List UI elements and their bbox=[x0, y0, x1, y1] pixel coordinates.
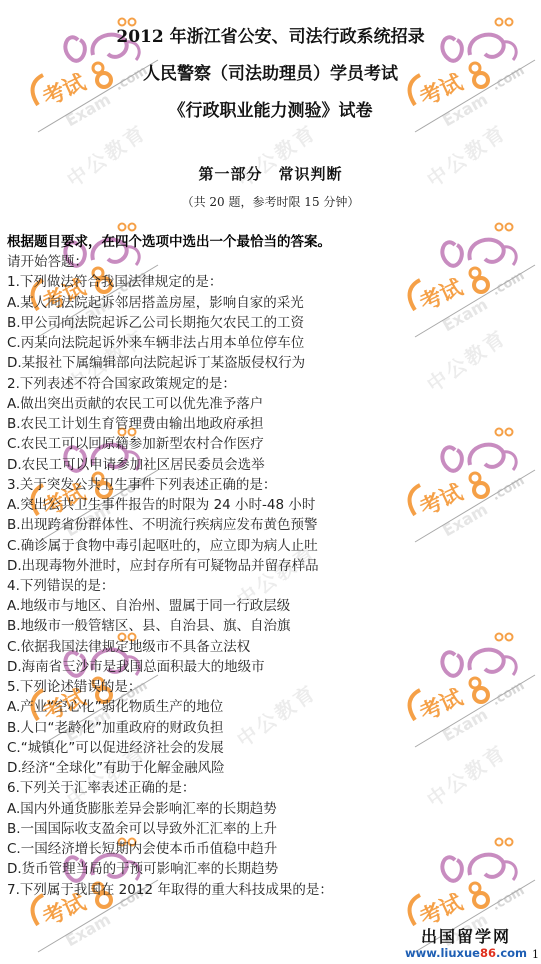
site-url: www.liuxue86.com bbox=[396, 946, 536, 960]
answer-option: C.确诊属于食物中毒引起呕吐的，应立即为病人止吐 bbox=[7, 536, 537, 556]
page-number: 1 bbox=[532, 948, 539, 961]
question-stem: 7.下列属于我国在 2012 年取得的重大科技成果的是： bbox=[7, 880, 537, 900]
answer-option: B.农民工计划生育管理费由输出地政府承担 bbox=[7, 414, 537, 434]
answer-option: A.地级市与地区、自治州、盟属于同一行政层级 bbox=[7, 596, 537, 616]
answer-option: B.地级市一般管辖区、县、自治县、旗、自治旗 bbox=[7, 616, 537, 636]
document-page: 考试.comExam考试.comExam考试.comExam考试.comExam… bbox=[0, 0, 541, 964]
answer-option: B.一国国际收支盈余可以导致外汇汇率的上升 bbox=[7, 819, 537, 839]
answer-option: A.国内外通货膨胀差异会影响汇率的长期趋势 bbox=[7, 799, 537, 819]
question-stem: 3.关于突发公共卫生事件下列表述正确的是： bbox=[7, 475, 537, 495]
question-stem: 6.下列关于汇率表述正确的是： bbox=[7, 778, 537, 798]
start-prompt: 请开始答题： bbox=[7, 252, 537, 272]
answer-option: C.“城镇化”可以促进经济社会的发展 bbox=[7, 738, 537, 758]
answer-option: B.人口“老龄化”加重政府的财政负担 bbox=[7, 718, 537, 738]
answer-option: C.依据我国法律规定地级市不具备立法权 bbox=[7, 637, 537, 657]
answer-option: D.某报社下属编辑部向法院起诉丁某盗版侵权行为 bbox=[7, 353, 537, 373]
exam-title-line-3: 《行政职业能力测验》试卷 bbox=[0, 96, 541, 121]
instruction-text: 根据题目要求，在四个选项中选出一个最恰当的答案。 bbox=[7, 232, 537, 252]
answer-option: A.产业“空心化”弱化物质生产的地位 bbox=[7, 697, 537, 717]
answer-option: D.经济“全球化”有助于化解金融风险 bbox=[7, 758, 537, 778]
site-name: 出国留学网 bbox=[396, 928, 536, 946]
answer-option: C.一国经济增长短期内会使本币币值稳中趋升 bbox=[7, 839, 537, 859]
section-title: 第一部分 常识判断 bbox=[0, 163, 541, 184]
section-subtitle: （共 20 题，参考时限 15 分钟） bbox=[0, 193, 541, 210]
answer-option: A.突出公共卫生事件报告的时限为 24 小时-48 小时 bbox=[7, 495, 537, 515]
answer-option: D.货币管理当局的干预可影响汇率的长期趋势 bbox=[7, 859, 537, 879]
question-stem: 1.下列做法符合我国法律规定的是： bbox=[7, 272, 537, 292]
question-stem: 2.下列表述不符合国家政策规定的是： bbox=[7, 374, 537, 394]
answer-option: D.农民工可以申请参加社区居民委员会选举 bbox=[7, 455, 537, 475]
svg-text:Exam: Exam bbox=[62, 910, 114, 951]
exam-title-line-1: 2012 年浙江省公安、司法行政系统招录 bbox=[0, 22, 541, 47]
question-list: 根据题目要求，在四个选项中选出一个最恰当的答案。 请开始答题： 1.下列做法符合… bbox=[7, 232, 537, 900]
answer-option: A.某人向法院起诉邻居搭盖房屋，影响自家的采光 bbox=[7, 293, 537, 313]
answer-option: C.丙某向法院起诉外来车辆非法占用本单位停车位 bbox=[7, 333, 537, 353]
answer-option: C.农民工可以回原籍参加新型农村合作医疗 bbox=[7, 434, 537, 454]
answer-option: A.做出突出贡献的农民工可以优先准予落户 bbox=[7, 394, 537, 414]
answer-option: B.出现跨省份群体性、不明流行疾病应发布黄色预警 bbox=[7, 515, 537, 535]
question-stem: 5.下列论述错误的是： bbox=[7, 677, 537, 697]
liuxue86-logo: 出国留学网 www.liuxue86.com bbox=[396, 928, 536, 960]
answer-option: D.出现毒物外泄时，应封存所有可疑物品并留存样品 bbox=[7, 556, 537, 576]
question-stem: 4.下列错误的是： bbox=[7, 576, 537, 596]
answer-option: B.甲公司向法院起诉乙公司长期拖欠农民工的工资 bbox=[7, 313, 537, 333]
answer-option: D.海南省三沙市是我国总面积最大的地级市 bbox=[7, 657, 537, 677]
exam-title-line-2: 人民警察（司法助理员）学员考试 bbox=[0, 59, 541, 84]
